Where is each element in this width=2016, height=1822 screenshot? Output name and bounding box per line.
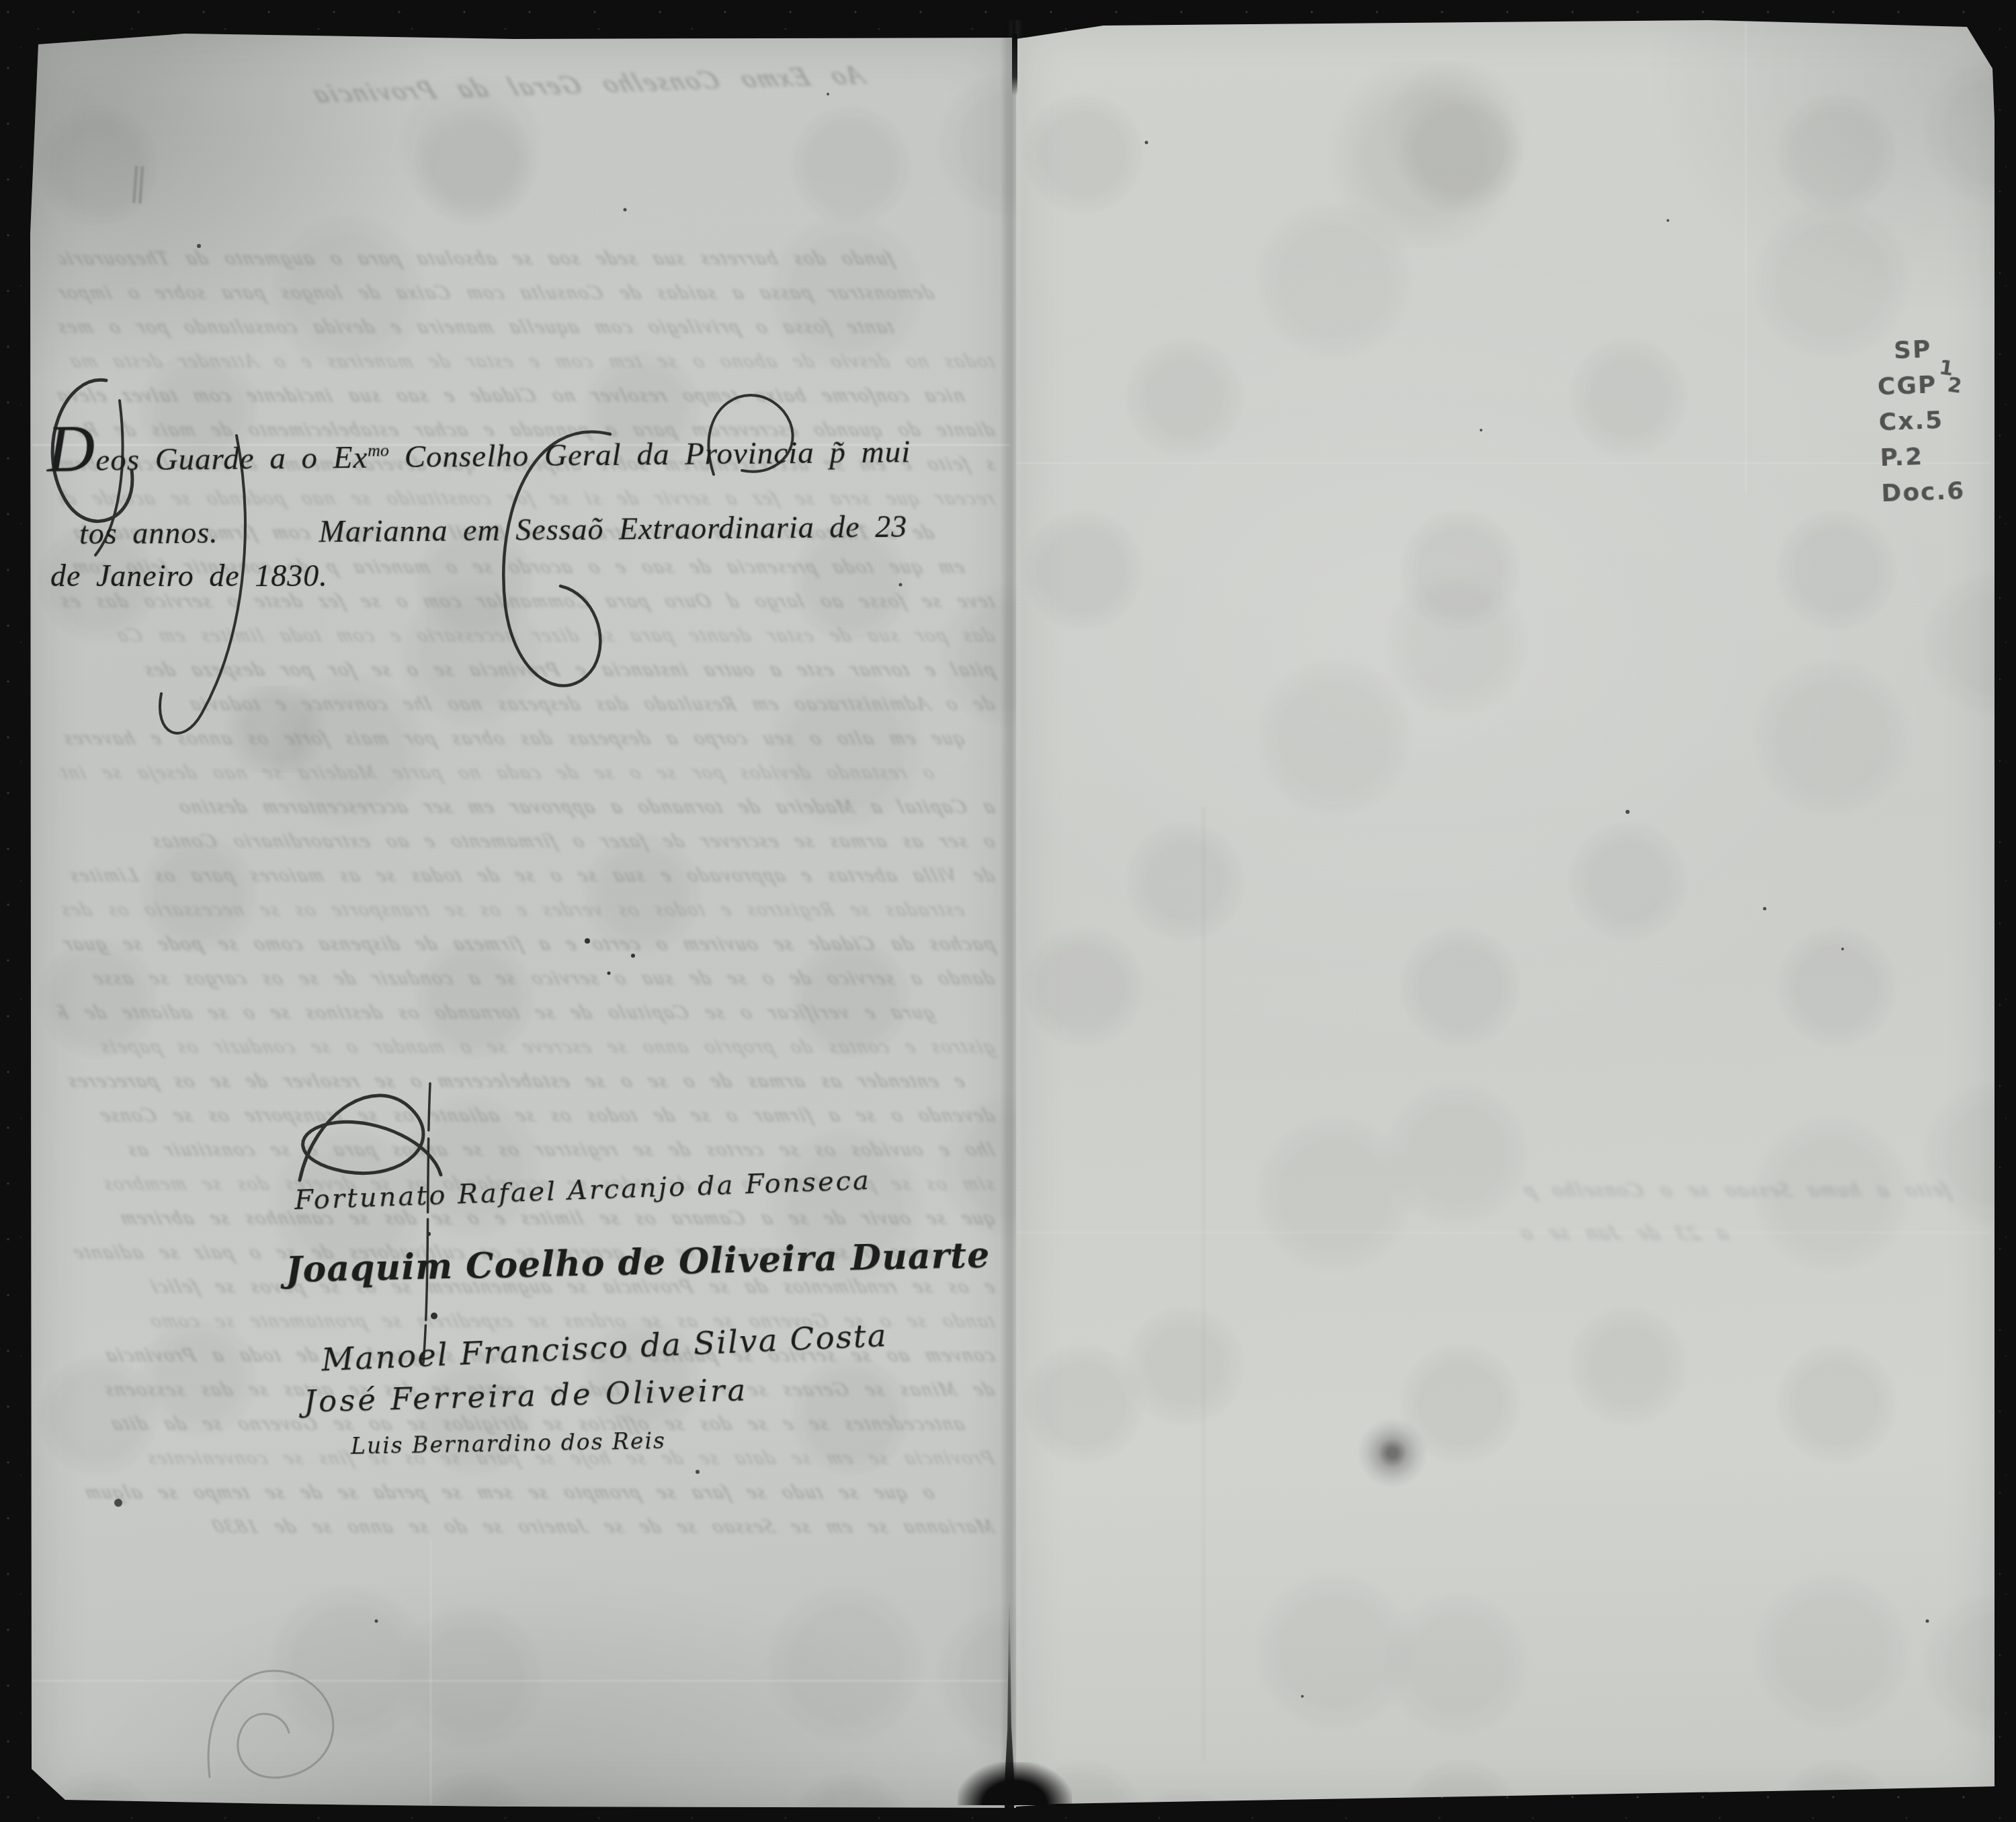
call-number-text: SP bbox=[1893, 335, 1932, 364]
signature-5: Luis Bernardino dos Reis bbox=[351, 1427, 667, 1459]
closing-formula-text: tos annos. bbox=[79, 515, 218, 551]
closing-formula-text: Deos Guarde a o Ex bbox=[47, 440, 368, 479]
paper-stain bbox=[215, 686, 336, 773]
line-gap bbox=[218, 542, 319, 542]
fraction-bottom: 2 bbox=[1947, 377, 1964, 395]
call-number-box: Cx.5 bbox=[1878, 406, 1965, 444]
call-number-fraction: 12 bbox=[1936, 360, 1966, 395]
tally-mark: ‖ bbox=[128, 159, 149, 204]
scanned-document: Ao Exmo Conselho Geral da Provincia fund… bbox=[0, 0, 2016, 1822]
closing-formula-line-2: tos annos.Marianna em Sessaõ Extraordina… bbox=[79, 509, 908, 552]
paper-texture bbox=[30, 32, 1016, 1808]
fold-shadow bbox=[958, 1762, 1072, 1805]
fold-crease bbox=[32, 1680, 1007, 1682]
center-fold-gutter bbox=[1000, 20, 1023, 1807]
place-and-session-text: Marianna em Sessaõ Extraordinaria de 23 bbox=[319, 509, 907, 549]
ink-stain bbox=[1359, 1419, 1426, 1487]
letter-left-page bbox=[30, 32, 1016, 1808]
call-number-fonds: CGP12 bbox=[1877, 370, 1964, 409]
fold-tear-top bbox=[1012, 34, 1017, 95]
paper-stain bbox=[1317, 60, 1532, 249]
closing-formula-text: Conselho Geral da Provincia p̃ mui bbox=[389, 434, 911, 474]
letter-right-page bbox=[1016, 20, 1994, 1807]
fold-crease bbox=[1016, 1232, 1990, 1233]
date-line: de Janeiro de 1830. bbox=[50, 558, 328, 593]
call-number-text: CGP bbox=[1877, 371, 1937, 401]
fold-crease bbox=[1203, 806, 1204, 1761]
superscript-mo: mo bbox=[368, 441, 389, 460]
fold-crease bbox=[1745, 22, 1747, 493]
call-number-document: Doc.6 bbox=[1881, 477, 1968, 515]
paper-texture bbox=[1016, 20, 1994, 1807]
archive-call-number: SP CGP12 Cx.5 P.2 Doc.6 bbox=[1876, 335, 1967, 515]
fold-crease bbox=[1016, 462, 1990, 464]
call-number-folder: P.2 bbox=[1880, 442, 1966, 480]
fold-crease bbox=[430, 1539, 431, 1805]
